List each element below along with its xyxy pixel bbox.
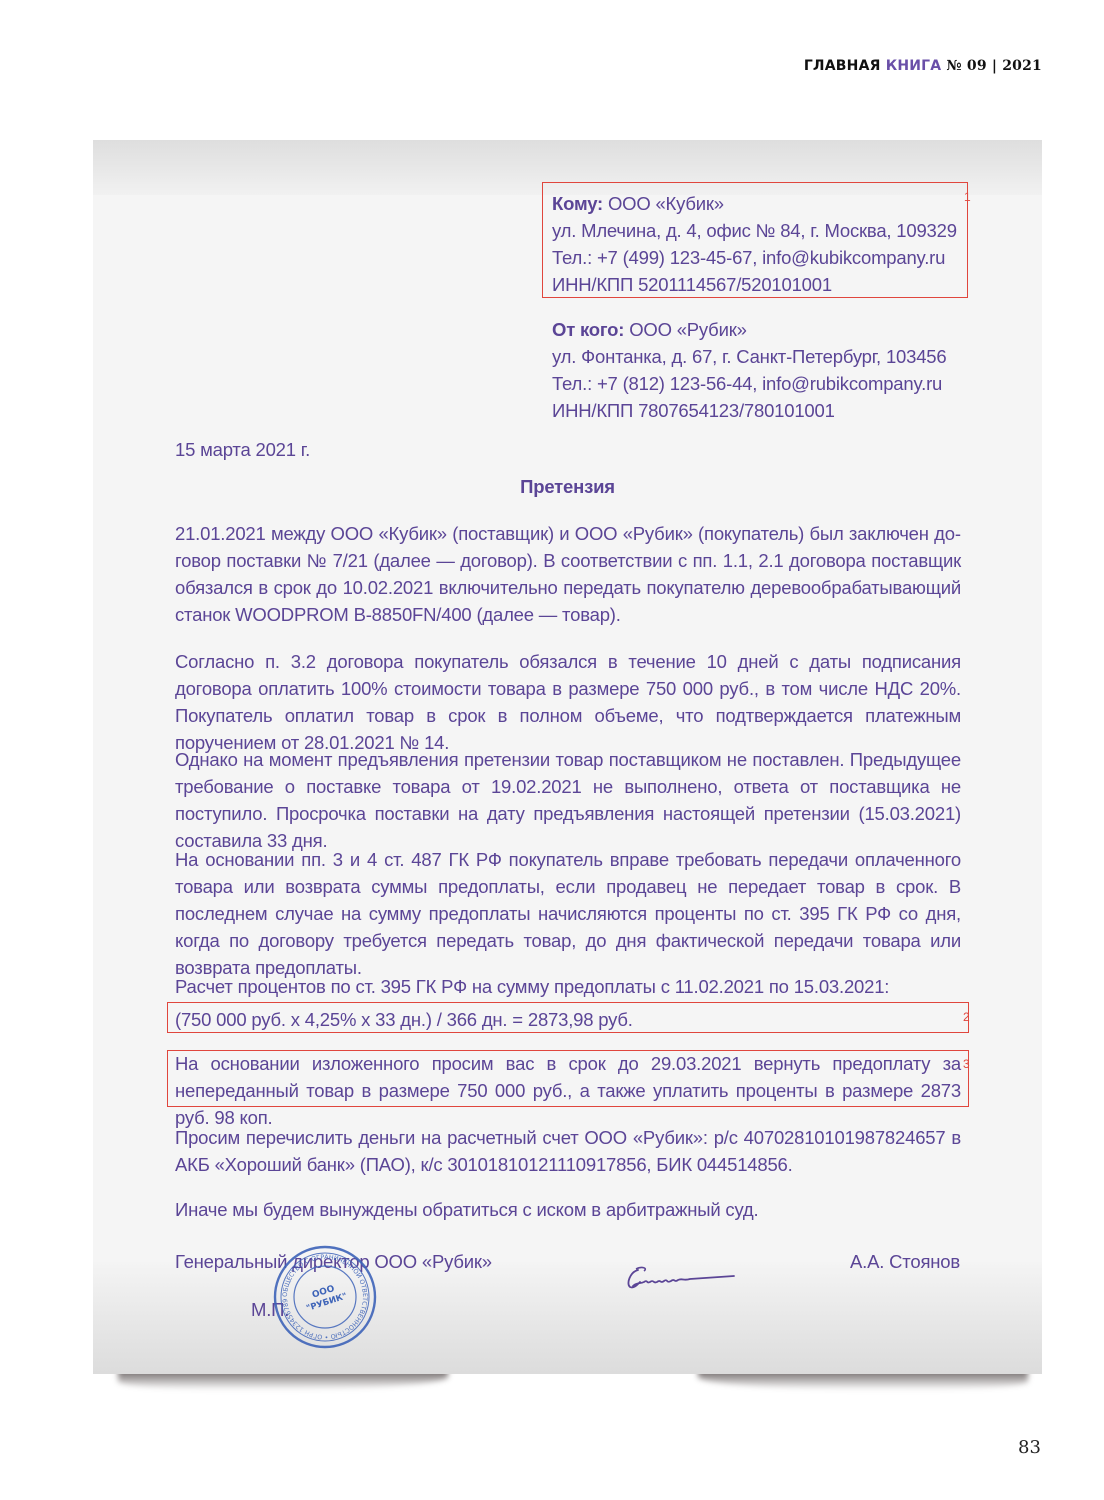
recipient-contacts: Тел.: +7 (499) 123-45-67, info@kubikcomp…: [552, 244, 972, 271]
sender-line: От кого: ООО «Рубик»: [552, 316, 972, 343]
magazine-masthead: ГЛАВНАЯ КНИГА № 09 | 2021: [804, 58, 1042, 74]
recipient-name: ООО «Кубик»: [608, 193, 724, 214]
brand-name-part1: ГЛАВНАЯ: [804, 58, 881, 74]
sheet-bottom-band: [93, 1262, 1042, 1374]
sender-tax-ids: ИНН/КПП 7807654123/780101001: [552, 397, 972, 424]
letter-date: 15 марта 2021 г.: [175, 436, 310, 463]
paragraph-legal-basis: На основании пп. 3 и 4 ст. 487 ГК РФ пок…: [175, 846, 961, 981]
recipient-block: Кому: ООО «Кубик» ул. Млечина, д. 4, офи…: [552, 190, 972, 298]
recipient-address: ул. Млечина, д. 4, офис № 84, г. Москва,…: [552, 217, 972, 244]
company-stamp-icon: ОБЩЕСТВО С ОГРАНИЧЕННОЙ ОТВЕТСТВЕННОСТЬЮ…: [273, 1245, 377, 1349]
annotation-number-2: 2: [963, 1011, 970, 1023]
paragraph-calculation-intro: Расчет процентов по ст. 395 ГК РФ на сум…: [175, 973, 961, 1000]
sender-name: ООО «Рубик»: [629, 319, 747, 340]
sender-label: От кого:: [552, 319, 624, 340]
paragraph-warning: Иначе мы будем вынуждены обратиться с ис…: [175, 1196, 961, 1223]
paragraph-bank-details: Просим перечислить деньги на расчетный с…: [175, 1124, 961, 1178]
paragraph-demand: На основании изложенного просим вас в ср…: [175, 1050, 961, 1131]
paragraph-calculation-formula: (750 000 руб. х 4,25% х 33 дн.) / 366 дн…: [175, 1006, 961, 1033]
paragraph-payment: Согласно п. 3.2 договора покупатель обяз…: [175, 648, 961, 756]
sender-block: От кого: ООО «Рубик» ул. Фонтанка, д. 67…: [552, 316, 972, 424]
annotation-number-3: 3: [963, 1058, 970, 1070]
paragraph-contract: 21.01.2021 между ООО «Кубик» (поставщик)…: [175, 520, 961, 628]
paragraph-delay: Однако на момент предъявления претензии …: [175, 746, 961, 854]
handwritten-signature-icon: [624, 1262, 736, 1292]
sender-address: ул. Фонтанка, д. 67, г. Санкт-Петербург,…: [552, 343, 972, 370]
recipient-line: Кому: ООО «Кубик»: [552, 190, 972, 217]
letter-title: Претензия: [175, 473, 960, 500]
sender-contacts: Тел.: +7 (812) 123-56-44, info@rubikcomp…: [552, 370, 972, 397]
page-number: 83: [1018, 1437, 1041, 1458]
recipient-tax-ids: ИНН/КПП 5201114567/520101001: [552, 271, 972, 298]
brand-name-part2: КНИГА: [886, 58, 942, 74]
sheet-top-band: [93, 140, 1042, 195]
recipient-label: Кому:: [552, 193, 603, 214]
signer-name: А.А. Стоянов: [850, 1248, 960, 1275]
annotation-number-1: 1: [964, 191, 971, 203]
issue-number: № 09 | 2021: [946, 58, 1042, 74]
